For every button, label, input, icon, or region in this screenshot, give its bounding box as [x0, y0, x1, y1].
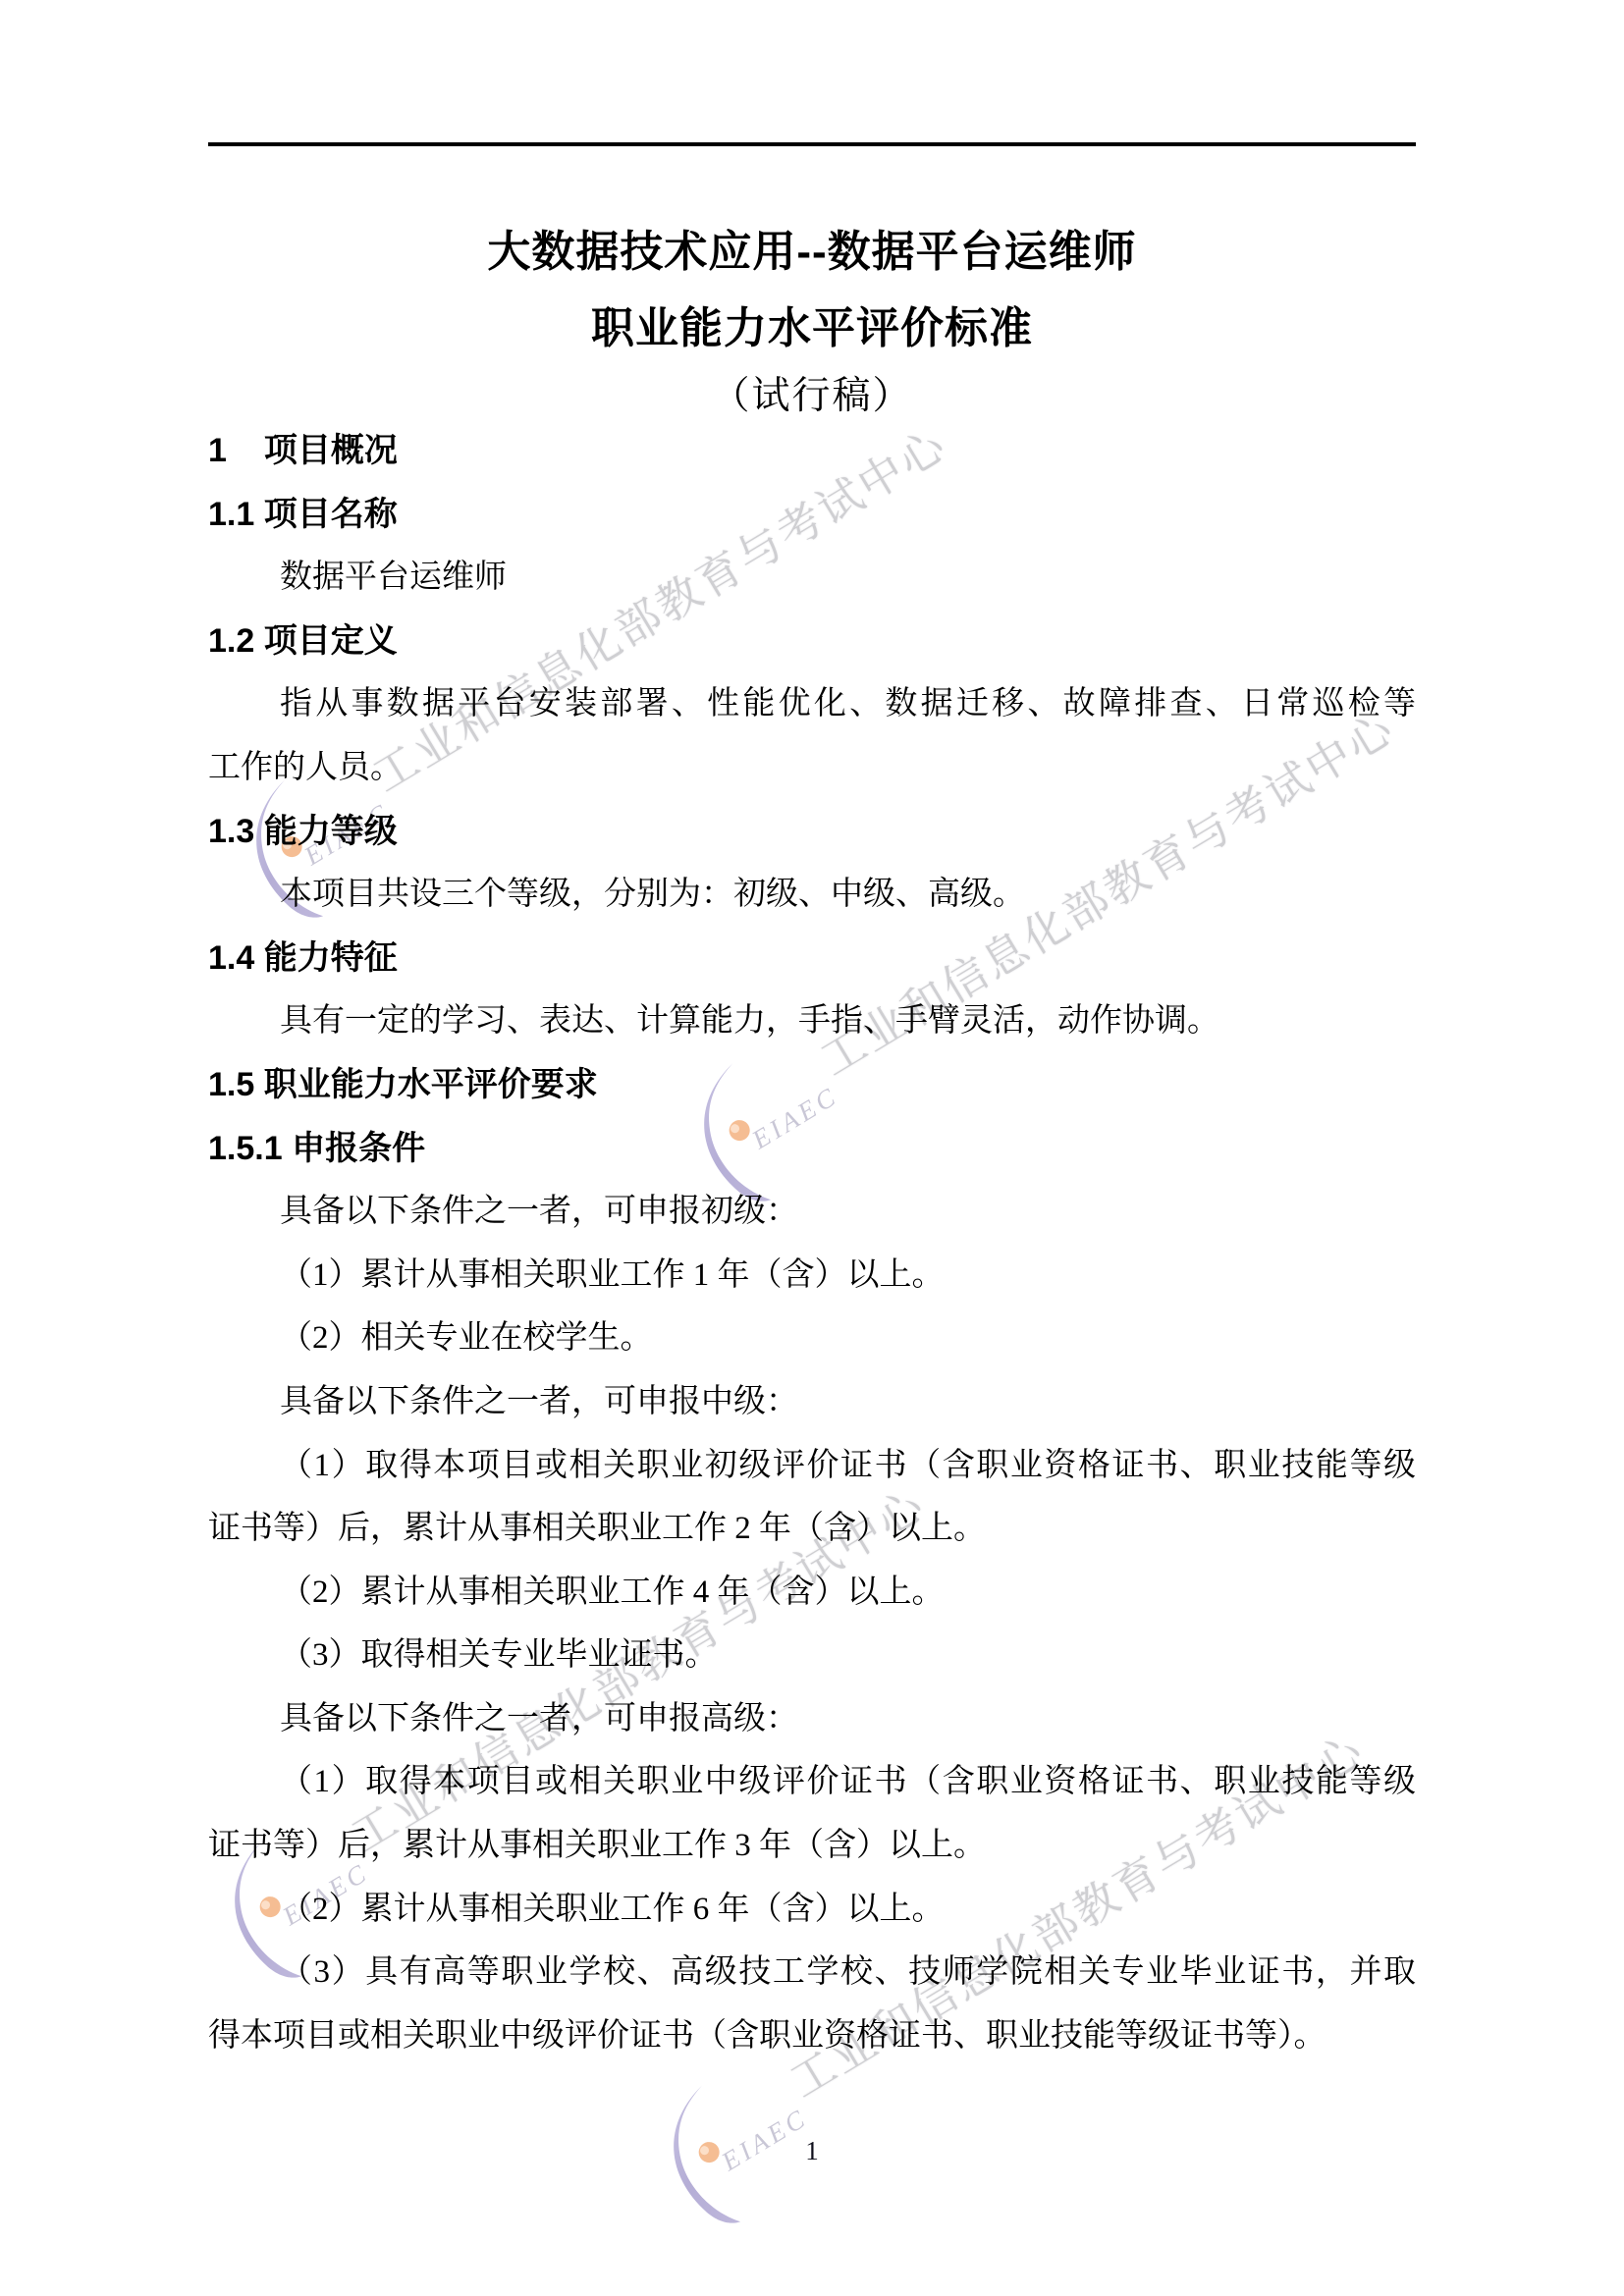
- section-heading: 1.2 项目定义: [208, 610, 1416, 673]
- section-heading: 1.3 能力等级: [208, 800, 1416, 864]
- paragraph-line: 具有一定的学习、表达、计算能力，手指、手臂灵活，动作协调。: [208, 989, 1416, 1053]
- paragraph-line: （3）具有高等职业学校、高级技工学校、技师学院相关专业毕业证书，并取: [208, 1941, 1416, 2004]
- section-heading: 1项目概况: [208, 419, 1416, 483]
- heading-text: 项目概况: [264, 432, 398, 469]
- paragraph-line: 具备以下条件之一者，可申报高级：: [208, 1687, 1416, 1751]
- section-heading: 1.4 能力特征: [208, 927, 1416, 990]
- paragraph-line: （1）取得本项目或相关职业初级评价证书（含职业资格证书、职业技能等级: [208, 1434, 1416, 1498]
- heading-number: 1: [208, 432, 227, 469]
- paragraph-line: （1）累计从事相关职业工作 1 年（含）以上。: [208, 1244, 1416, 1308]
- paragraph-line: （1）取得本项目或相关职业中级评价证书（含职业资格证书、职业技能等级: [208, 1750, 1416, 1814]
- paragraph-line: 具备以下条件之一者，可申报初级：: [208, 1180, 1416, 1244]
- section-heading: 1.5 职业能力水平评价要求: [208, 1053, 1416, 1117]
- paragraph-line: （2）累计从事相关职业工作 4 年（含）以上。: [208, 1561, 1416, 1625]
- paragraph-line: 具备以下条件之一者，可申报中级：: [208, 1370, 1416, 1434]
- paragraph-line: 得本项目或相关职业中级评价证书（含职业资格证书、职业技能等级证书等）。: [208, 2004, 1416, 2068]
- document-body: 1项目概况1.1 项目名称数据平台运维师1.2 项目定义指从事数据平台安装部署、…: [208, 419, 1416, 2067]
- paragraph-line: 证书等）后，累计从事相关职业工作 2 年（含）以上。: [208, 1497, 1416, 1561]
- title-divider-rule: [208, 142, 1416, 146]
- paragraph-line: （2）相关专业在校学生。: [208, 1307, 1416, 1370]
- document-subtitle-draft: （试行稿）: [0, 365, 1624, 420]
- paragraph-line: 指从事数据平台安装部署、性能优化、数据迁移、故障排查、日常巡检等: [208, 672, 1416, 736]
- document-page: EIAEC 工业和信息化部教育与考试中心 EIAEC 工业和信息化部教育与考试中…: [0, 0, 1624, 2296]
- paragraph-line: （2）累计从事相关职业工作 6 年（含）以上。: [208, 1878, 1416, 1942]
- section-heading: 1.5.1 申报条件: [208, 1117, 1416, 1181]
- paragraph-line: （3）取得相关专业毕业证书。: [208, 1624, 1416, 1687]
- paragraph-line: 工作的人员。: [208, 736, 1416, 800]
- paragraph-line: 数据平台运维师: [208, 546, 1416, 610]
- paragraph-line: 本项目共设三个等级，分别为：初级、中级、高级。: [208, 863, 1416, 927]
- document-title-line2: 职业能力水平评价标准: [0, 293, 1624, 355]
- document-title-line1: 大数据技术应用--数据平台运维师: [0, 216, 1624, 279]
- paragraph-line: 证书等）后，累计从事相关职业工作 3 年（含）以上。: [208, 1814, 1416, 1878]
- section-heading: 1.1 项目名称: [208, 483, 1416, 547]
- document-content: 大数据技术应用--数据平台运维师 职业能力水平评价标准 （试行稿） 1项目概况1…: [0, 0, 1624, 2296]
- page-number: 1: [0, 2136, 1624, 2166]
